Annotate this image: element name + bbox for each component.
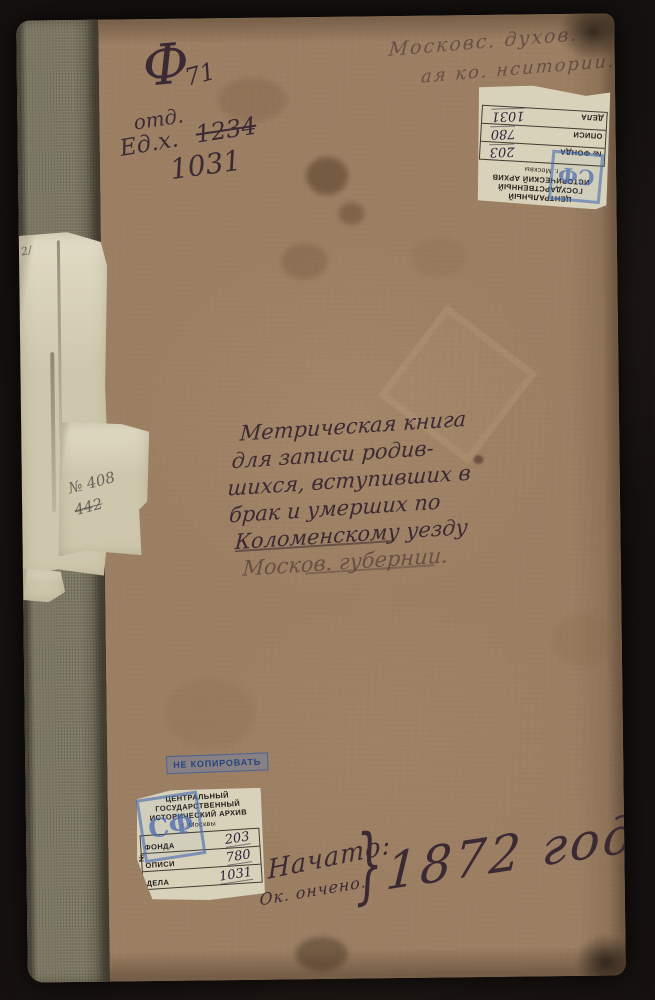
corner-wear	[575, 933, 626, 982]
delo-label: ДЕЛА	[146, 878, 169, 888]
title-inscription: Метрическая книга для записи родив- шихс…	[223, 404, 513, 584]
photo-backdrop: 2/ № 408 442 Ф 71 отд. Ед.х. 1234 1031 М…	[0, 0, 655, 1000]
delo-value: 1031	[491, 108, 524, 122]
spine-old-number: 442	[72, 495, 104, 520]
brace-glyph: }	[352, 823, 385, 909]
opis-label: ОПИСИ	[573, 130, 603, 141]
delo-value: 1031	[218, 867, 253, 885]
spine-paper-patch-number: № 408 442	[57, 421, 151, 556]
spine-pencil-note: 2/	[20, 244, 33, 259]
fond-value: 203	[489, 144, 514, 158]
delo-label: ДЕЛА	[581, 112, 604, 122]
sf-stamp-bottom: СФ	[136, 791, 207, 864]
opis-value: 780	[490, 126, 515, 140]
sf-stamp-top: СФ	[548, 150, 604, 205]
book-cover: 2/ № 408 442 Ф 71 отд. Ед.х. 1234 1031 М…	[16, 13, 626, 982]
opis-value: 780	[225, 849, 252, 866]
fond-value: 203	[224, 831, 251, 848]
spine-item-number: № 408	[66, 468, 117, 497]
